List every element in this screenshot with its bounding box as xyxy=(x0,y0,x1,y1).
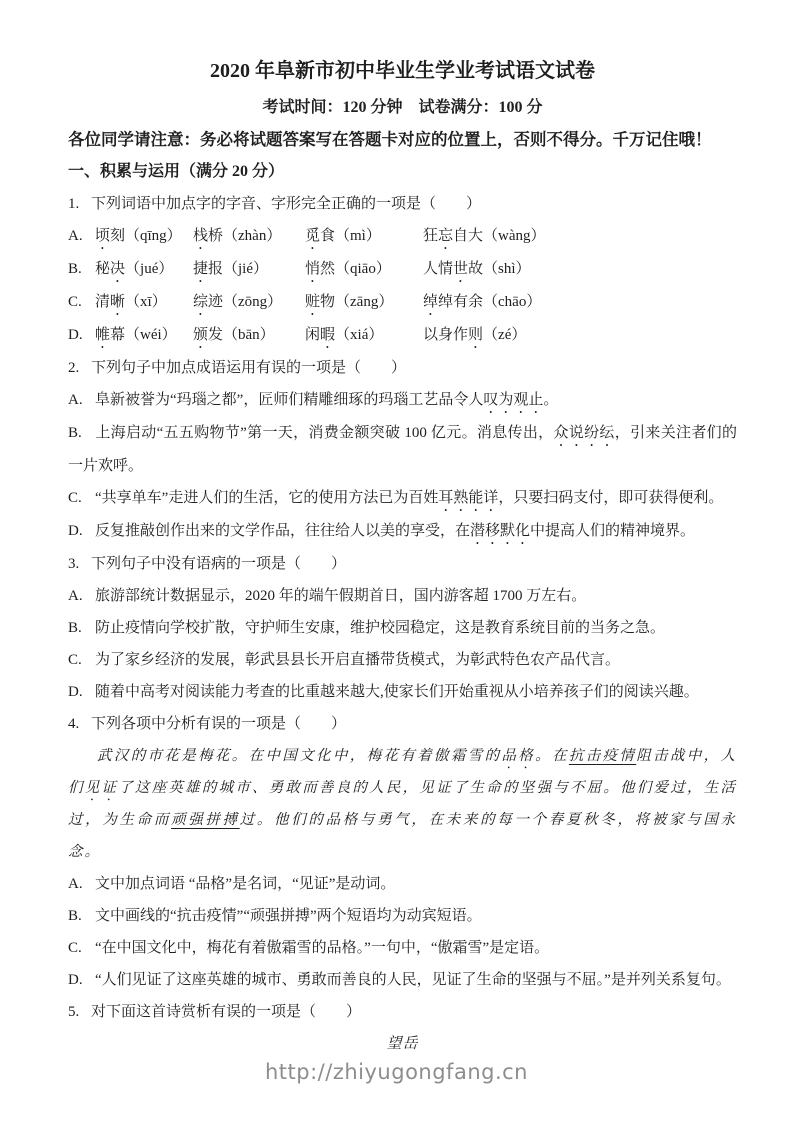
question-5: 5.对下面这首诗赏析有误的一项是（ ） 望岳 xyxy=(68,996,737,1060)
watermark-url: http://zhiyugongfang.cn xyxy=(0,1060,793,1084)
exam-paper-page: 2020 年阜新市初中毕业生学业考试语文试卷 考试时间：120 分钟 试卷满分：… xyxy=(0,0,793,1122)
word-item: 赃物（zāng） xyxy=(305,286,423,319)
option-text: 为了家乡经济的发展，彰武县县长开启直播带货模式，为彰武特色农产品代言。 xyxy=(95,652,620,668)
word-item: 清晰（xī） xyxy=(95,286,193,319)
option-text: 防止疫情向学校扩散，守护师生安康，维护校园稳定，这是教育系统目前的当务之急。 xyxy=(95,620,665,636)
word-item: 栈桥（zhàn） xyxy=(193,220,305,253)
q3-option-a: A.旅游部统计数据显示，2020 年的端午假期首日，国内游客超 1700 万左右… xyxy=(68,580,737,612)
q4-option-b: B.文中画线的“抗击疫情”“顽强拼搏”两个短语均为动宾短语。 xyxy=(68,900,737,932)
q5-stem: 5.对下面这首诗赏析有误的一项是（ ） xyxy=(68,996,737,1028)
option-text: 文中加点词语 “品格”是名词，“见证”是动词。 xyxy=(95,876,395,892)
word-item: 人情世故（shì） xyxy=(423,253,737,286)
poem-title: 望岳 xyxy=(68,1028,737,1060)
question-number: 5. xyxy=(68,996,91,1028)
section-heading-1: 一、积累与运用（满分 20 分） xyxy=(68,156,737,188)
q4-passage: 武汉的市花是梅花。在中国文化中，梅花有着傲霜雪的品格。在抗击疫情阻击战中，人们见… xyxy=(68,740,737,868)
option-label: D. xyxy=(68,964,95,996)
option-label: B. xyxy=(68,612,95,644)
option-label: A. xyxy=(68,384,95,416)
option-text: 旅游部统计数据显示，2020 年的端午假期首日，国内游客超 1700 万左右。 xyxy=(95,588,586,604)
option-text: 随着中高考对阅读能力考查的比重越来越大,使家长们开始重视从小培养孩子们的阅读兴趣… xyxy=(95,684,699,700)
question-stem-text: 下列词语中加点字的字音、字形完全正确的一项是（ ） xyxy=(91,196,481,212)
q4-option-a: A.文中加点词语 “品格”是名词，“见证”是动词。 xyxy=(68,868,737,900)
option-label: A. xyxy=(68,868,95,900)
q3-option-c: C.为了家乡经济的发展，彰武县县长开启直播带货模式，为彰武特色农产品代言。 xyxy=(68,644,737,676)
word-item: 帷幕（wéi） xyxy=(95,319,193,352)
question-stem-text: 下列句子中加点成语运用有误的一项是（ ） xyxy=(91,360,406,376)
word-item: 顷刻（qīng） xyxy=(95,220,193,253)
option-text: 阜新被誉为“玛瑙之都”，匠师们精雕细琢的玛瑙工艺品令人叹为观止。 xyxy=(95,392,558,408)
word-item: 狂忘自大（wàng） xyxy=(423,220,737,253)
question-number: 3. xyxy=(68,548,91,580)
q2-option-a: A.阜新被誉为“玛瑙之都”，匠师们精雕细琢的玛瑙工艺品令人叹为观止。 xyxy=(68,384,737,417)
q2-option-c: C.“共享单车”走进人们的生活，它的使用方法已为百姓耳熟能详，只要扫码支付，即可… xyxy=(68,482,737,515)
word-item: 以身作则（zé） xyxy=(423,319,737,352)
word-item: 绰绰有余（chāo） xyxy=(423,286,737,319)
page-content: 2020 年阜新市初中毕业生学业考试语文试卷 考试时间：120 分钟 试卷满分：… xyxy=(0,0,793,1060)
question-number: 2. xyxy=(68,352,91,384)
option-text: 反复推敲创作出来的文学作品，往往给人以美的享受，在潜移默化中提高人们的精神境界。 xyxy=(95,523,695,539)
option-label: D. xyxy=(68,676,95,708)
question-number: 1. xyxy=(68,188,91,220)
q1-stem: 1.下列词语中加点字的字音、字形完全正确的一项是（ ） xyxy=(68,188,737,220)
q1-option-row-d: D. 帷幕（wéi） 颁发（bān） 闲暇（xiá） 以身作则（zé） xyxy=(68,319,737,352)
q2-option-d: D.反复推敲创作出来的文学作品，往往给人以美的享受，在潜移默化中提高人们的精神境… xyxy=(68,515,737,548)
q4-stem: 4.下列各项中分析有误的一项是（ ） xyxy=(68,708,737,740)
word-item: 捷报（jié） xyxy=(193,253,305,286)
q1-option-row-b: B. 秘决（jué） 捷报（jié） 悄然（qiāo） 人情世故（shì） xyxy=(68,253,737,286)
student-notice: 各位同学请注意：务必将试题答案写在答题卡对应的位置上，否则不得分。千万记住哦！ xyxy=(68,124,737,156)
question-number: 4. xyxy=(68,708,91,740)
q4-option-d: D.“人们见证了这座英雄的城市、勇敢而善良的人民，见证了生命的坚强与不屈。”是并… xyxy=(68,964,737,996)
option-text: “在中国文化中，梅花有着傲霜雪的品格。”一句中，“傲霜雪”是定语。 xyxy=(95,940,549,956)
q4-option-c: C.“在中国文化中，梅花有着傲霜雪的品格。”一句中，“傲霜雪”是定语。 xyxy=(68,932,737,964)
q1-option-row-c: C. 清晰（xī） 综迹（zōng） 赃物（zāng） 绰绰有余（chāo） xyxy=(68,286,737,319)
option-label: C. xyxy=(68,644,95,676)
option-label: C. xyxy=(68,482,95,514)
question-2: 2.下列句子中加点成语运用有误的一项是（ ） A.阜新被誉为“玛瑙之都”，匠师们… xyxy=(68,352,737,548)
q3-option-d: D.随着中高考对阅读能力考查的比重越来越大,使家长们开始重视从小培养孩子们的阅读… xyxy=(68,676,737,708)
option-label: B. xyxy=(68,417,95,449)
option-label: A. xyxy=(68,580,95,612)
option-label: D. xyxy=(68,319,95,352)
q1-option-row-a: A. 顷刻（qīng） 栈桥（zhàn） 觅食（mì） 狂忘自大（wàng） xyxy=(68,220,737,253)
option-label: A. xyxy=(68,220,95,253)
option-label: C. xyxy=(68,286,95,319)
question-4: 4.下列各项中分析有误的一项是（ ） 武汉的市花是梅花。在中国文化中，梅花有着傲… xyxy=(68,708,737,996)
question-3: 3.下列句子中没有语病的一项是（ ） A.旅游部统计数据显示，2020 年的端午… xyxy=(68,548,737,708)
exam-info-line: 考试时间：120 分钟 试卷满分：100 分 xyxy=(68,92,737,124)
word-item: 综迹（zōng） xyxy=(193,286,305,319)
q3-option-b: B.防止疫情向学校扩散，守护师生安康，维护校园稳定，这是教育系统目前的当务之急。 xyxy=(68,612,737,644)
question-1: 1.下列词语中加点字的字音、字形完全正确的一项是（ ） A. 顷刻（qīng） … xyxy=(68,188,737,352)
word-item: 秘决（jué） xyxy=(95,253,193,286)
option-text: 文中画线的“抗击疫情”“顽强拼搏”两个短语均为动宾短语。 xyxy=(95,908,482,924)
option-label: D. xyxy=(68,515,95,547)
word-item: 悄然（qiāo） xyxy=(305,253,423,286)
word-item: 闲暇（xiá） xyxy=(305,319,423,352)
word-item: 颁发（bān） xyxy=(193,319,305,352)
question-stem-text: 下列各项中分析有误的一项是（ ） xyxy=(91,716,346,732)
option-text: 上海启动“五五购物节”第一天，消费金额突破 100 亿元。消息传出，众说纷纭，引… xyxy=(68,425,737,474)
page-title: 2020 年阜新市初中毕业生学业考试语文试卷 xyxy=(68,56,737,86)
q2-stem: 2.下列句子中加点成语运用有误的一项是（ ） xyxy=(68,352,737,384)
option-label: C. xyxy=(68,932,95,964)
question-stem-text: 对下面这首诗赏析有误的一项是（ ） xyxy=(91,1004,361,1020)
q2-option-b: B.上海启动“五五购物节”第一天，消费金额突破 100 亿元。消息传出，众说纷纭… xyxy=(68,417,737,482)
option-text: “人们见证了这座英雄的城市、勇敢而善良的人民，见证了生命的坚强与不屈。”是并列关… xyxy=(95,972,731,988)
q3-stem: 3.下列句子中没有语病的一项是（ ） xyxy=(68,548,737,580)
option-label: B. xyxy=(68,253,95,286)
word-item: 觅食（mì） xyxy=(305,220,423,253)
option-label: B. xyxy=(68,900,95,932)
option-text: “共享单车”走进人们的生活，它的使用方法已为百姓耳熟能详，只要扫码支付，即可获得… xyxy=(95,490,723,506)
question-stem-text: 下列句子中没有语病的一项是（ ） xyxy=(91,556,346,572)
